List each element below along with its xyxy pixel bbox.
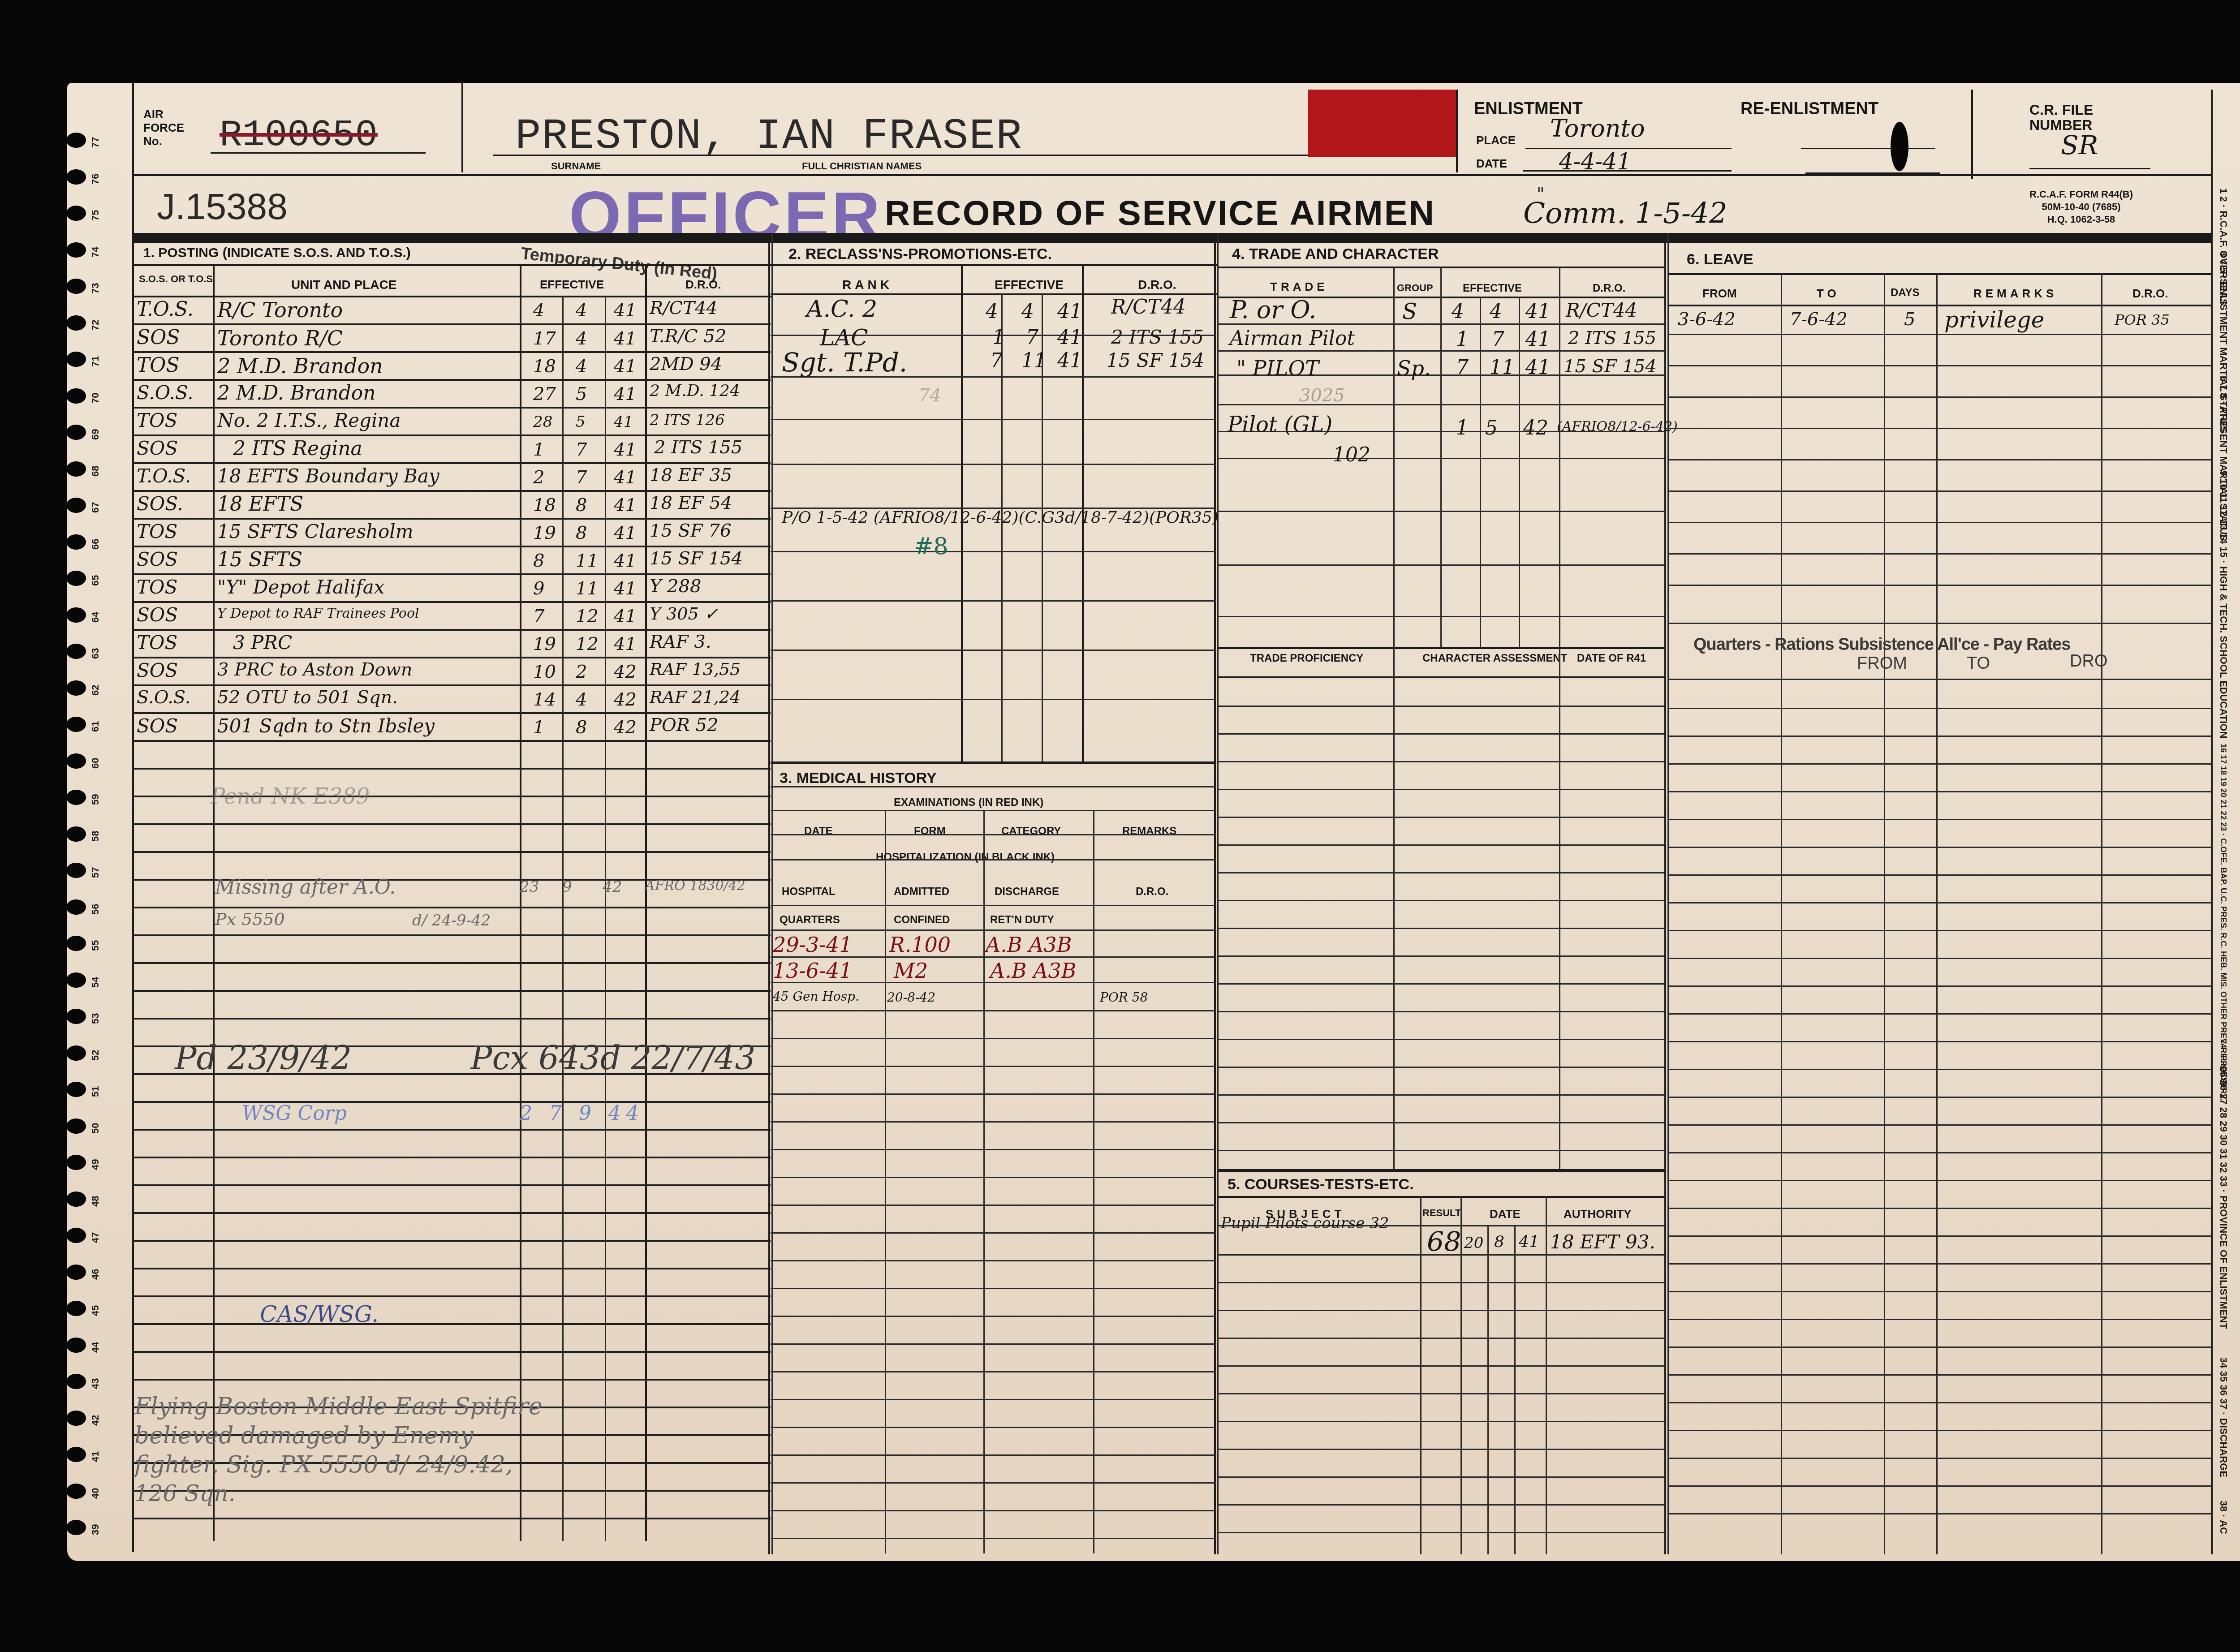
col-category: CATEGORY bbox=[1001, 825, 1061, 838]
divider bbox=[771, 600, 1216, 602]
cr-file-value: SR bbox=[2061, 130, 2098, 160]
margin-number: 65 bbox=[90, 575, 101, 586]
row-line bbox=[1219, 1011, 1664, 1012]
examinations-label: EXAMINATIONS (IN RED INK) bbox=[894, 796, 1043, 809]
row-line bbox=[771, 1371, 1216, 1372]
posting-type: TOS bbox=[137, 521, 177, 542]
posting-dro: 2 ITS 126 bbox=[650, 411, 725, 429]
row-line bbox=[1667, 791, 2211, 792]
posting-year: 41 bbox=[614, 578, 637, 599]
punch-hole bbox=[66, 1192, 86, 1207]
margin-number: 43 bbox=[90, 1378, 101, 1389]
posting-unit: 2 M.D. Brandon bbox=[217, 382, 376, 404]
posting-dro: 2MD 94 bbox=[650, 354, 722, 374]
row-line bbox=[132, 712, 771, 714]
row-line bbox=[1667, 1291, 2211, 1292]
pencil-note: fighter. Sig. PX 5550 d/ 24/9.42, bbox=[134, 1451, 513, 1478]
posting-unit: 3 PRC bbox=[233, 632, 292, 654]
reclass-day: 7 bbox=[990, 349, 1003, 372]
leave-to: 7-6-42 bbox=[1790, 309, 1848, 330]
pencil-year: 42 bbox=[603, 878, 622, 896]
margin-number: 62 bbox=[90, 684, 101, 695]
pencil-note: Missing after A.O. bbox=[215, 876, 396, 899]
trade-value: P. or O. bbox=[1230, 296, 1316, 324]
posting-dro: Y 288 bbox=[650, 576, 701, 597]
col-effective: EFFECTIVE bbox=[1463, 282, 1522, 295]
posting-dro: 18 EF 35 bbox=[650, 465, 732, 486]
surname-label: SURNAME bbox=[551, 160, 601, 172]
divider bbox=[1219, 1169, 1664, 1172]
col-remarks: REMARKS bbox=[1122, 825, 1176, 838]
row-line bbox=[1667, 847, 2211, 848]
row-line bbox=[771, 1149, 1216, 1150]
posting-day: 19 bbox=[533, 523, 556, 543]
divider bbox=[771, 982, 1216, 983]
row-line bbox=[1667, 736, 2211, 737]
row-line bbox=[1667, 763, 2211, 765]
col-dro: D.R.O. bbox=[685, 278, 721, 292]
rank-value: A.C. 2 bbox=[806, 296, 877, 323]
punched-hole bbox=[1891, 122, 1908, 171]
row-line bbox=[1667, 1235, 2211, 1237]
row-line bbox=[1219, 844, 1664, 846]
posting-year: 41 bbox=[614, 439, 637, 460]
posting-type: TOS bbox=[137, 354, 180, 377]
divider bbox=[771, 786, 1216, 787]
medical-cell: 13-6-41 bbox=[773, 959, 852, 983]
margin-discharge: 34 35 36 37 · DISCHARGE bbox=[2218, 1357, 2229, 1477]
margin-number: 66 bbox=[90, 538, 101, 549]
punch-hole bbox=[66, 644, 86, 659]
margin-number: 76 bbox=[90, 173, 101, 184]
officer-stamp: OFFICER bbox=[569, 177, 883, 254]
commission-line: P/O 1-5-42 (AFRIO8/12-6-42)(C.G3d/18-7-4… bbox=[782, 508, 1219, 527]
divider bbox=[1667, 334, 2211, 335]
row-line bbox=[132, 1212, 771, 1214]
punch-hole bbox=[66, 1228, 86, 1243]
row-line bbox=[1667, 1041, 2211, 1042]
margin-number: 42 bbox=[90, 1415, 101, 1425]
divider bbox=[771, 956, 1216, 958]
divider bbox=[132, 233, 2211, 243]
divider bbox=[1667, 459, 2211, 460]
row-line bbox=[132, 462, 771, 464]
margin-number: 52 bbox=[90, 1050, 101, 1060]
row-line bbox=[132, 962, 771, 964]
green-note: #8 bbox=[914, 533, 948, 560]
row-line bbox=[132, 379, 771, 381]
posting-month: 7 bbox=[576, 467, 587, 488]
row-line bbox=[1219, 1254, 1664, 1256]
posting-unit: No. 2 I.T.S., Regina bbox=[217, 409, 401, 431]
divider bbox=[2029, 168, 2150, 169]
row-line bbox=[1219, 1393, 1664, 1394]
posting-unit: 501 Sqdn to Stn Ibsley bbox=[217, 715, 435, 737]
place-value: Toronto bbox=[1550, 114, 1645, 142]
row-line bbox=[132, 1518, 771, 1519]
medical-cell: A.B A3B bbox=[990, 959, 1077, 983]
posting-unit: 52 OTU to 501 Sqn. bbox=[217, 687, 398, 708]
form-reference: R.C.A.F. FORM R44(B) 50M-10-40 (7685) H.… bbox=[2029, 188, 2133, 226]
posting-day: 1 bbox=[533, 717, 544, 738]
row-line bbox=[132, 657, 771, 658]
posting-dro: RAF 21,24 bbox=[650, 687, 741, 707]
row-line bbox=[1219, 1122, 1664, 1123]
divider bbox=[771, 650, 1216, 651]
margin-education: 9 10 11 12 13 14 15 · HIGH & TECH. SCHOO… bbox=[2218, 470, 2229, 738]
divider bbox=[771, 419, 1216, 420]
posting-dro: 2 ITS 155 bbox=[654, 437, 742, 458]
posting-year: 42 bbox=[614, 689, 637, 710]
divider bbox=[1219, 350, 1664, 352]
row-line bbox=[771, 1177, 1216, 1178]
trade-day: 7 bbox=[1456, 356, 1469, 379]
reclass-month: 7 bbox=[1026, 326, 1038, 349]
row-line bbox=[132, 1129, 771, 1131]
reclass-month: 4 bbox=[1021, 300, 1034, 323]
col-hospital: HOSPITAL bbox=[782, 886, 836, 898]
row-line bbox=[1219, 1150, 1664, 1151]
posting-type: S.O.S. bbox=[137, 382, 194, 404]
blue-note: WSG Corp bbox=[242, 1102, 347, 1125]
posting-type: T.O.S. bbox=[137, 465, 191, 487]
course-year: 41 bbox=[1519, 1233, 1539, 1251]
posting-month: 4 bbox=[576, 689, 587, 710]
row-line bbox=[1219, 1532, 1664, 1533]
row-line bbox=[771, 1260, 1216, 1261]
posting-type: SOS bbox=[137, 437, 178, 459]
posting-type: SOS. bbox=[137, 493, 183, 515]
re-enlistment-label: RE-ENLISTMENT bbox=[1740, 99, 1878, 119]
margin-number: 41 bbox=[90, 1451, 101, 1462]
divider bbox=[1667, 428, 2211, 429]
posting-month: 11 bbox=[576, 551, 599, 571]
punch-hole bbox=[66, 352, 86, 367]
punch-hole bbox=[66, 1045, 86, 1061]
divider bbox=[1393, 647, 1395, 1171]
pencil-month: 9 bbox=[562, 878, 572, 896]
reclass-month: 11 bbox=[1021, 349, 1047, 372]
row-line bbox=[1219, 1094, 1664, 1096]
posting-month: 4 bbox=[576, 328, 587, 349]
medical-title: 3. MEDICAL HISTORY bbox=[780, 770, 937, 787]
row-line bbox=[771, 1038, 1216, 1039]
posting-type: SOS bbox=[137, 326, 180, 349]
trade-dro: 15 SF 154 bbox=[1564, 356, 1657, 377]
posting-day: 1 bbox=[533, 439, 544, 460]
divider bbox=[771, 551, 1216, 552]
punch-hole bbox=[66, 242, 86, 258]
air-force-number: R100650 bbox=[220, 114, 378, 157]
col-dro: D.R.O. bbox=[1138, 278, 1176, 292]
leave-title: 6. LEAVE bbox=[1687, 251, 1753, 268]
row-line bbox=[132, 601, 771, 603]
margin-number: 56 bbox=[90, 903, 101, 914]
margin-number: 67 bbox=[90, 502, 101, 513]
row-line bbox=[771, 1121, 1216, 1123]
pencil-note: Flying Boston Middle East Spitfire bbox=[134, 1393, 543, 1420]
row-line bbox=[132, 1018, 771, 1020]
punch-hole bbox=[66, 753, 86, 769]
row-line bbox=[132, 1295, 771, 1297]
col-effective: EFFECTIVE bbox=[995, 278, 1064, 292]
row-line bbox=[132, 851, 771, 853]
trade-value: Pilot (GL) bbox=[1228, 412, 1332, 437]
punch-hole bbox=[66, 1338, 86, 1353]
divider bbox=[1667, 623, 2211, 624]
course-day: 20 bbox=[1464, 1234, 1483, 1252]
row-line bbox=[1667, 708, 2211, 709]
row-line bbox=[1667, 1180, 2211, 1181]
posting-unit: 18 EFTS Boundary Bay bbox=[217, 465, 439, 487]
row-line bbox=[132, 934, 771, 936]
leave-from: 3-6-42 bbox=[1678, 309, 1736, 330]
row-line bbox=[1219, 1504, 1664, 1506]
posting-type: TOS bbox=[137, 409, 177, 431]
divider bbox=[1667, 273, 2211, 275]
posting-dro: 15 SF 154 bbox=[650, 548, 743, 569]
posting-type: T.O.S. bbox=[137, 298, 194, 321]
divider bbox=[461, 83, 463, 172]
row-line bbox=[1219, 789, 1664, 790]
margin-province: 25 26 27 28 29 30 31 32 33 · PROVINCE OF… bbox=[2218, 1066, 2229, 1329]
blue-note: 2 7 9 44 bbox=[520, 1102, 644, 1125]
divider bbox=[1667, 490, 2211, 492]
margin-number: 74 bbox=[90, 246, 101, 257]
col-from: FROM bbox=[1702, 287, 1737, 301]
divider bbox=[1781, 273, 1782, 1554]
posting-year: 41 bbox=[614, 523, 637, 543]
posting-day: 4 bbox=[533, 300, 544, 321]
posting-dro: POR 52 bbox=[650, 715, 718, 736]
col-dro: D.R.O. bbox=[1593, 282, 1625, 295]
posting-day: 18 bbox=[533, 495, 556, 516]
divider bbox=[605, 296, 606, 1541]
col-result: RESULT bbox=[1422, 1207, 1461, 1219]
posting-year: 41 bbox=[614, 634, 637, 654]
punch-hole bbox=[66, 607, 86, 623]
col-discharge: DISCHARGE bbox=[995, 886, 1059, 898]
punch-hole bbox=[66, 279, 86, 294]
divider bbox=[885, 810, 886, 1553]
row-line bbox=[132, 629, 771, 631]
divider bbox=[1667, 585, 2211, 586]
row-line bbox=[132, 768, 771, 770]
row-line bbox=[132, 573, 771, 575]
row-line bbox=[1667, 930, 2211, 931]
punch-hole bbox=[66, 1265, 86, 1280]
margin-number: 40 bbox=[90, 1488, 101, 1498]
margin-number: 49 bbox=[90, 1159, 101, 1170]
punch-hole bbox=[66, 1484, 86, 1499]
row-line bbox=[1667, 1208, 2211, 1209]
divider bbox=[1523, 170, 1732, 172]
divider bbox=[771, 293, 1219, 295]
posting-year: 41 bbox=[614, 300, 637, 321]
row-line bbox=[771, 1482, 1216, 1484]
trade-title: 4. TRADE AND CHARACTER bbox=[1232, 245, 1439, 263]
row-line bbox=[771, 1288, 1216, 1289]
posting-dro: T.R/C 52 bbox=[650, 326, 726, 347]
divider bbox=[771, 264, 1219, 266]
col-group: GROUP bbox=[1397, 282, 1433, 294]
divider bbox=[132, 296, 773, 297]
divider bbox=[1093, 810, 1094, 1553]
punch-hole bbox=[66, 826, 86, 842]
divider bbox=[1667, 396, 2211, 398]
divider bbox=[1219, 564, 1664, 566]
row-line bbox=[132, 351, 771, 353]
posting-year: 42 bbox=[614, 717, 637, 738]
posting-unit: 2 ITS Regina bbox=[233, 437, 362, 460]
reclass-year: 41 bbox=[1057, 349, 1082, 372]
divider bbox=[213, 264, 215, 1541]
row-line bbox=[1219, 761, 1664, 762]
row-line bbox=[132, 823, 771, 825]
row-line bbox=[1667, 1319, 2211, 1320]
divider bbox=[983, 810, 985, 1553]
margin-number: 69 bbox=[90, 429, 101, 440]
posting-year: 42 bbox=[614, 662, 637, 682]
row-line bbox=[771, 1454, 1216, 1456]
row-line bbox=[1667, 1013, 2211, 1015]
divider bbox=[1546, 1196, 1547, 1554]
punch-hole bbox=[66, 717, 86, 732]
col-unit-place: UNIT AND PLACE bbox=[291, 278, 396, 292]
row-line bbox=[132, 1379, 771, 1381]
margin-number: 77 bbox=[90, 137, 101, 148]
row-line bbox=[1219, 955, 1664, 957]
posting-unit: 2 M.D. Brandon bbox=[217, 354, 383, 378]
margin-number: 50 bbox=[90, 1123, 101, 1133]
trade-month: 5 bbox=[1485, 417, 1498, 439]
punch-hole bbox=[66, 425, 86, 440]
divider bbox=[1480, 297, 1481, 647]
col-dro: D.R.O. bbox=[2132, 287, 2168, 301]
trade-year: 41 bbox=[1525, 328, 1551, 351]
row-line bbox=[132, 490, 771, 492]
margin-number: 64 bbox=[90, 611, 101, 622]
punch-hole bbox=[66, 790, 86, 805]
col-character-assessment: CHARACTER ASSESSMENT bbox=[1422, 653, 1508, 664]
punch-hole bbox=[66, 899, 86, 915]
row-line bbox=[132, 1157, 771, 1158]
posting-day: 10 bbox=[533, 662, 556, 682]
divider bbox=[1219, 511, 1664, 512]
posting-year: 41 bbox=[614, 328, 637, 349]
posting-month: 5 bbox=[576, 384, 587, 404]
row-line bbox=[771, 1093, 1216, 1095]
row-line bbox=[132, 546, 771, 547]
course-result: 68 bbox=[1427, 1226, 1461, 1258]
punch-hole bbox=[66, 680, 86, 696]
row-line bbox=[771, 1538, 1216, 1539]
posting-type: S.O.S. bbox=[137, 687, 191, 708]
margin-number: 46 bbox=[90, 1269, 101, 1279]
divider bbox=[771, 699, 1216, 700]
row-line bbox=[771, 1205, 1216, 1206]
divider bbox=[1420, 1196, 1422, 1554]
punch-hole bbox=[66, 571, 86, 586]
trade-year: 41 bbox=[1525, 356, 1551, 379]
trade-day: 4 bbox=[1452, 300, 1464, 323]
cr-file-label: C.R. FILE NUMBER bbox=[2029, 102, 2093, 133]
row-line bbox=[1667, 1374, 2211, 1376]
margin-number: 73 bbox=[90, 283, 101, 294]
row-line bbox=[771, 1427, 1216, 1428]
row-line bbox=[1219, 1338, 1664, 1339]
margin-number: 54 bbox=[90, 977, 101, 987]
punch-hole bbox=[66, 315, 86, 331]
margin-number: 75 bbox=[90, 210, 101, 221]
pencil-day: 23 bbox=[520, 878, 539, 896]
leave-days: 5 bbox=[1904, 309, 1915, 330]
quarters-rations-stamp: Quarters - Rations Subsistence All'ce - … bbox=[1693, 635, 2070, 654]
margin-number: 70 bbox=[90, 392, 101, 403]
punch-hole bbox=[66, 534, 86, 550]
col-quarters: QUARTERS bbox=[780, 914, 840, 926]
margin-ac: 38 · AC bbox=[2218, 1501, 2229, 1534]
posting-day: 28 bbox=[533, 413, 552, 431]
divider bbox=[645, 264, 647, 1541]
col-confined: CONFINED bbox=[894, 914, 950, 926]
leave-remarks: privilege bbox=[1944, 307, 2044, 333]
medical-cell: R.100 bbox=[889, 933, 951, 957]
row-line bbox=[771, 1232, 1216, 1234]
margin-number: 59 bbox=[90, 794, 101, 805]
margin-number: 72 bbox=[90, 319, 101, 330]
trade-value: 3025 bbox=[1299, 385, 1345, 406]
posting-dro: 18 EF 54 bbox=[650, 493, 732, 513]
officer-number: J.15388 bbox=[157, 186, 288, 228]
divider bbox=[211, 152, 426, 154]
row-line bbox=[1219, 928, 1664, 929]
trade-month: 4 bbox=[1490, 300, 1502, 323]
posting-type: TOS bbox=[137, 576, 177, 598]
divider bbox=[771, 810, 1216, 811]
punch-hole bbox=[66, 388, 86, 404]
posting-unit: 15 SFTS Claresholm bbox=[217, 521, 414, 542]
trade-value: 102 bbox=[1333, 443, 1370, 466]
row-line bbox=[1219, 1039, 1664, 1040]
row-line bbox=[132, 323, 771, 325]
medical-cell: 45 Gen Hosp. bbox=[773, 989, 859, 1004]
margin-number: 48 bbox=[90, 1196, 101, 1206]
divider bbox=[1219, 458, 1664, 459]
reclass-year: 41 bbox=[1057, 300, 1082, 323]
punch-hole bbox=[66, 1374, 86, 1389]
divider bbox=[1219, 1196, 1664, 1198]
row-line bbox=[1667, 958, 2211, 959]
row-line bbox=[1667, 1124, 2211, 1126]
divider bbox=[1519, 297, 1520, 647]
posting-day: 19 bbox=[533, 634, 556, 654]
row-line bbox=[1219, 983, 1664, 985]
divider bbox=[562, 296, 564, 1541]
divider bbox=[1219, 404, 1664, 405]
col-date: DATE bbox=[1490, 1207, 1521, 1221]
col-remarks: REMARKS bbox=[1973, 287, 2057, 301]
row-line bbox=[1667, 819, 2211, 820]
row-line bbox=[771, 1066, 1216, 1067]
divider bbox=[1667, 365, 2211, 366]
posting-type: SOS bbox=[137, 604, 178, 626]
posting-month: 4 bbox=[576, 300, 587, 321]
punch-hole bbox=[66, 972, 86, 988]
margin-number: 53 bbox=[90, 1013, 101, 1024]
row-line bbox=[132, 684, 771, 686]
group-value: S bbox=[1402, 299, 1417, 324]
